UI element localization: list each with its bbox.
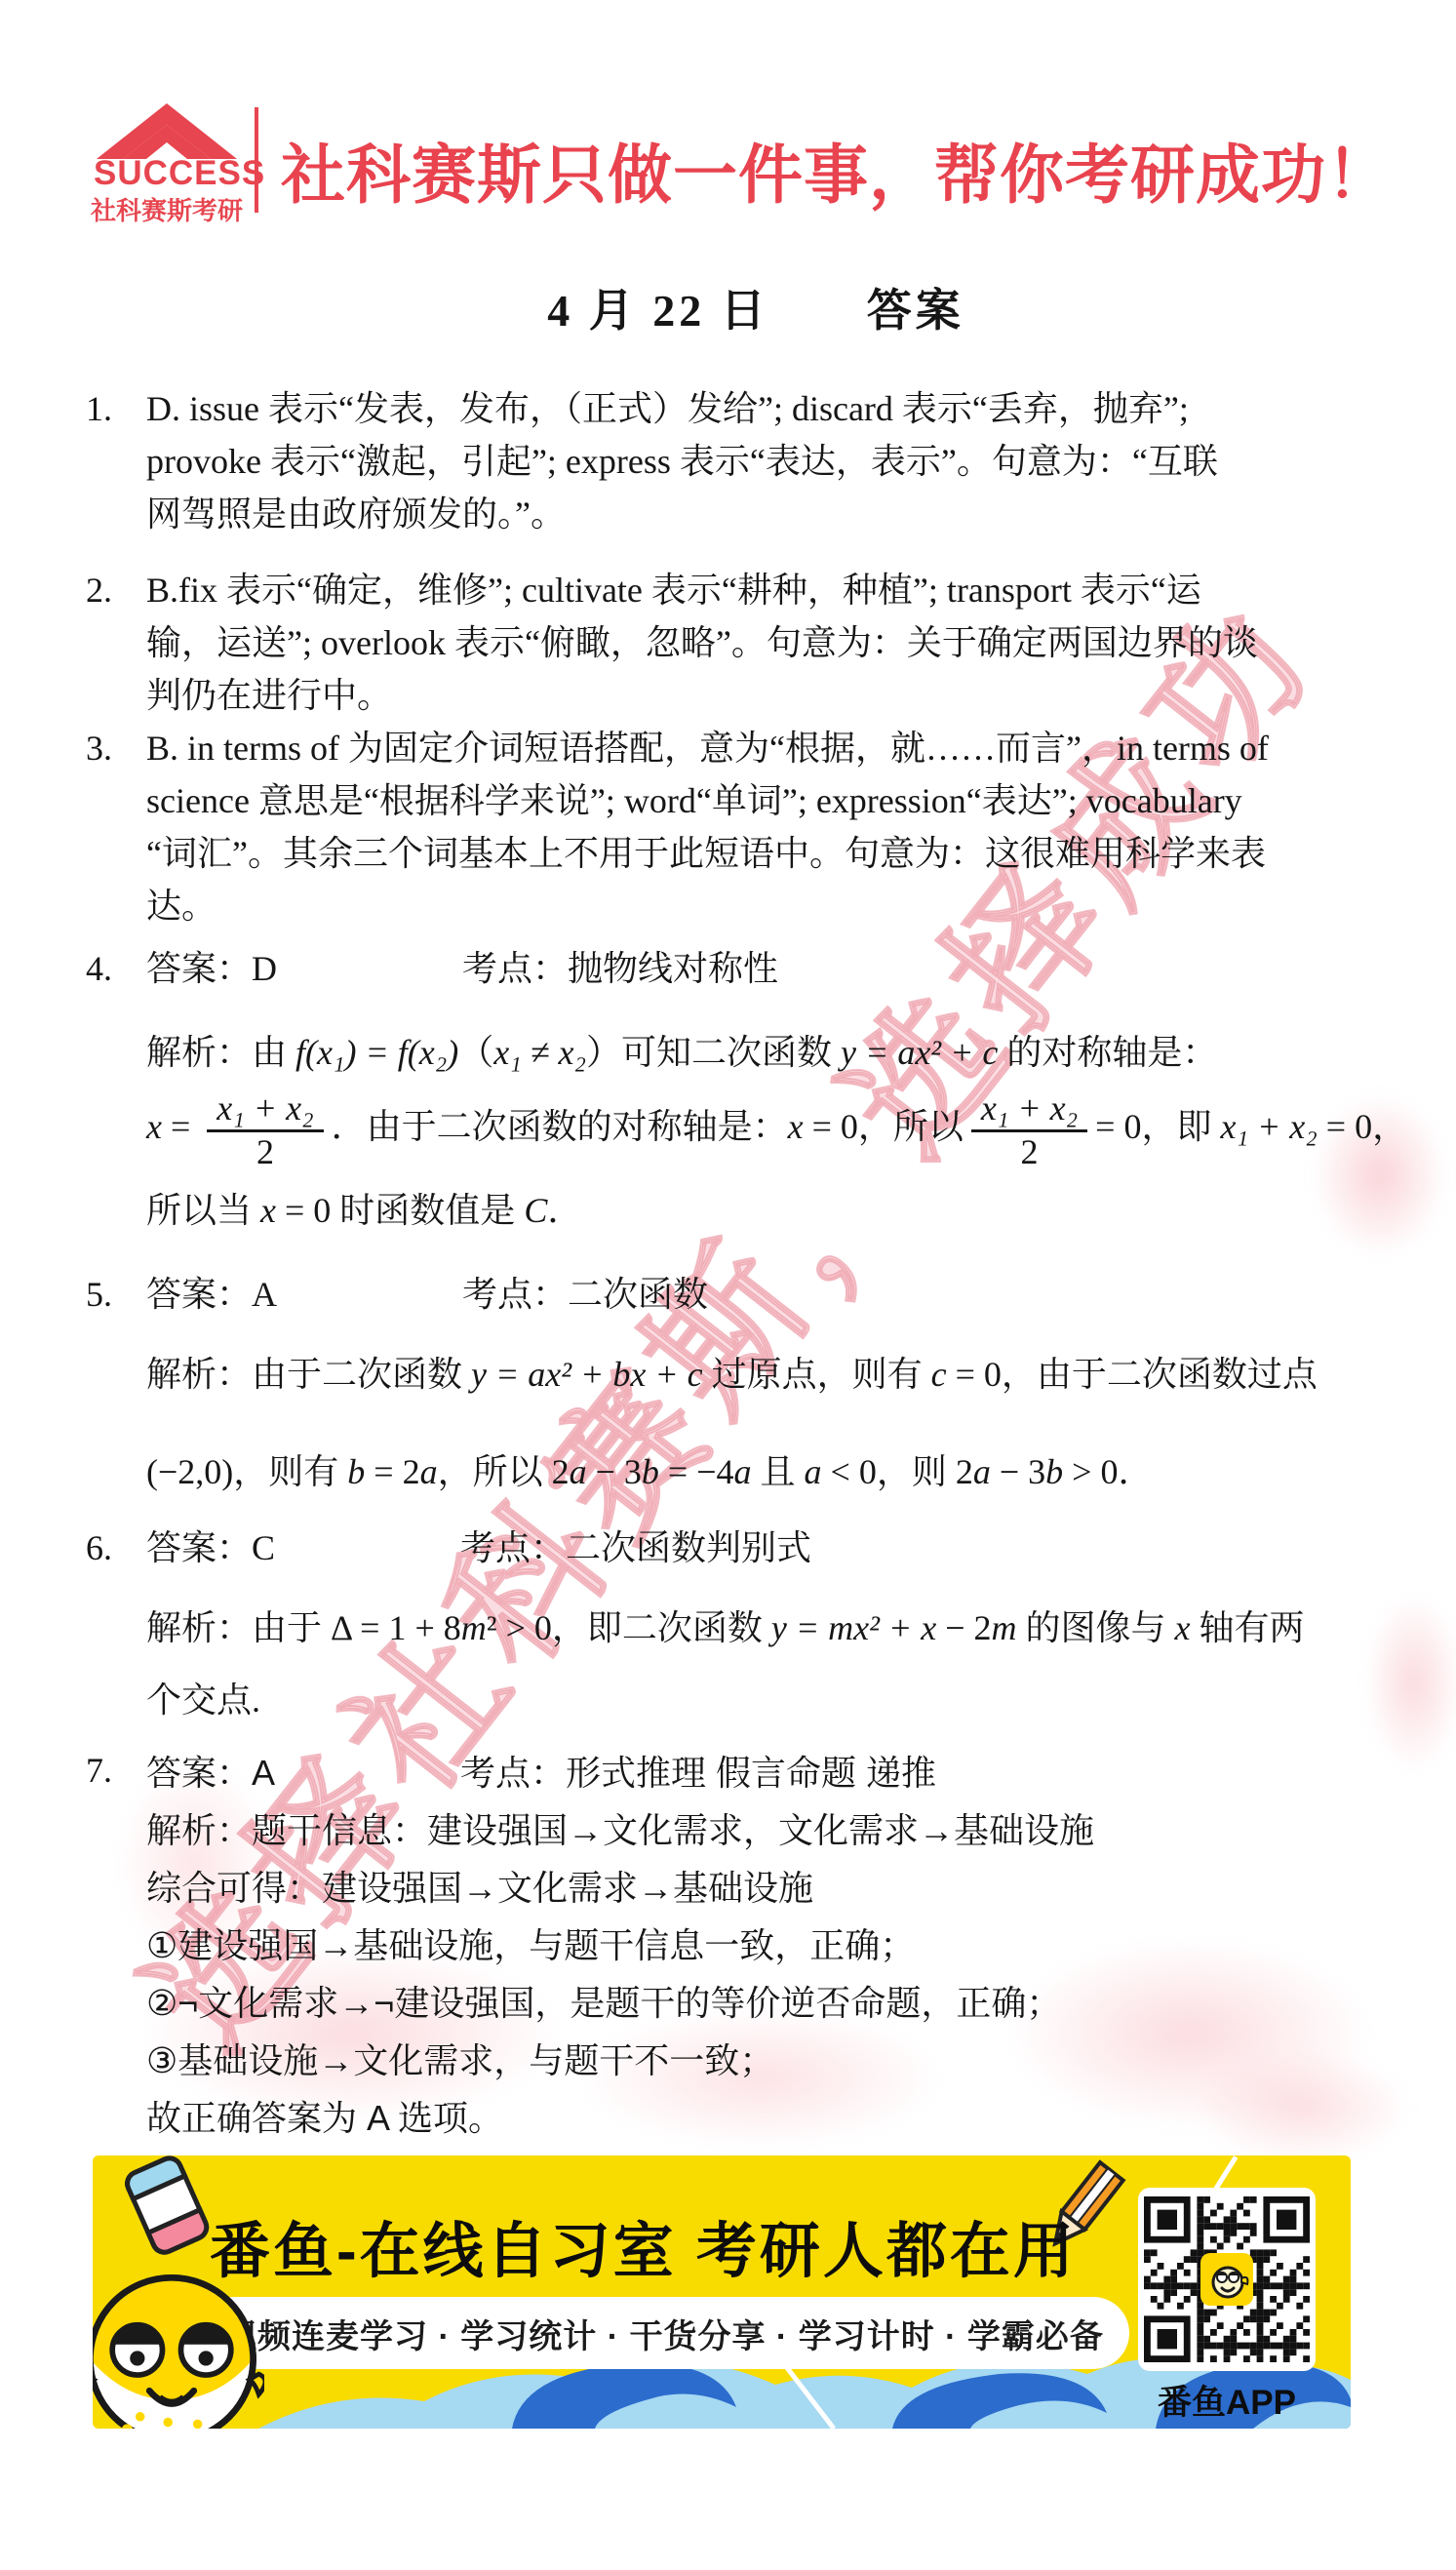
answer-line: 判仍在进行中。	[146, 669, 1365, 722]
answer-line: science 意思是“根据科学来说”; word“单词”; expressio…	[146, 774, 1365, 827]
answer-number: 4.	[86, 942, 112, 995]
answer-line: 达。	[146, 880, 1365, 932]
pufferfish-mascot-icon	[93, 2265, 264, 2429]
feature-pill-text: 视频连麦学习 · 学习统计 · 干货分享 · 学习计时 · 学霸必备	[223, 2310, 1104, 2357]
scanned-answer-page: 选择社科赛斯，选择成功 SUCCESS 社科赛斯考研 社科赛斯只做一件事，帮你考…	[0, 0, 1456, 2570]
answer-lines: 答案：A考点：形式推理 假言命题 递推解析：题干信息：建设强国→文化需求，文化需…	[146, 1744, 1365, 2147]
answer-number: 1.	[86, 382, 112, 435]
answer-line: 解析：由 f(x₁) = f(x₂)（x₁ ≠ x₂）可知二次函数 y = ax…	[146, 1026, 1365, 1079]
answer-lines: B. in terms of 为固定介词短语搭配，意为“根据，就……而言”，in…	[146, 722, 1365, 932]
answer-line: 输，运送”; overlook 表示“俯瞰，忽略”。句意为：关于确定两国边界的谈	[146, 616, 1365, 669]
answer-line: 答案：C考点：二次函数判别式	[146, 1522, 1365, 1574]
answer-line: 答案：A考点：形式推理 假言命题 递推	[146, 1744, 1365, 1801]
answer-line: ②¬文化需求→¬建设强国，是题干的等价逆否命题，正确；	[146, 1974, 1365, 2032]
answer-number: 6.	[86, 1522, 112, 1574]
answer-line: (−2,0)，则有 b = 2a，所以 2a − 3b = −4a 且 a < …	[146, 1445, 1365, 1498]
answer-lines: D. issue 表示“发表，发布，（正式）发给”; discard 表示“丢弃…	[146, 382, 1365, 540]
qr-code	[1138, 2188, 1316, 2371]
answer-line: provoke 表示“激起，引起”; express 表示“表达，表示”。句意为…	[146, 435, 1365, 488]
answer-number: 7.	[86, 1744, 112, 1797]
answer-lines: B.fix 表示“确定，维修”; cultivate 表示“耕种，种植”; tr…	[146, 564, 1365, 722]
promo-banner: 番鱼-在线自习室 考研人都在用 视频连麦学习 · 学习统计 · 干货分享 · 学…	[93, 2155, 1351, 2429]
answer-line: B.fix 表示“确定，维修”; cultivate 表示“耕种，种植”; tr…	[146, 564, 1365, 616]
qr-label: 番鱼APP	[1138, 2376, 1316, 2425]
answer-lines: 答案：D考点：抛物线对称性解析：由 f(x₁) = f(x₂)（x₁ ≠ x₂）…	[146, 942, 1365, 1237]
answer-number: 5.	[86, 1268, 112, 1321]
answer-line: 解析：题干信息：建设强国→文化需求，文化需求→基础设施	[146, 1801, 1365, 1859]
banner-title: 番鱼-在线自习室 考研人都在用	[210, 2202, 1077, 2289]
answer-line: 解析：由于二次函数 y = ax² + bx + c 过原点，则有 c = 0，…	[146, 1348, 1365, 1401]
answer-line: ③基础设施→文化需求，与题干不一致；	[146, 2032, 1365, 2089]
answer-number: 2.	[86, 564, 112, 616]
answer-line: 综合可得：建设强国→文化需求→基础设施	[146, 1859, 1365, 1917]
answer-line: x = x₁ + x₂2．由于二次函数的对称轴是：x = 0，所以x₁ + x₂…	[146, 1088, 1365, 1172]
answer-line: 答案：D考点：抛物线对称性	[146, 942, 1365, 995]
answer-line: D. issue 表示“发表，发布，（正式）发给”; discard 表示“丢弃…	[146, 382, 1365, 435]
answer-line: 故正确答案为 A 选项。	[146, 2089, 1365, 2147]
answer-line: 解析：由于 Δ = 1 + 8m² > 0，即二次函数 y = mx² + x …	[146, 1601, 1365, 1654]
answer-line: 网驾照是由政府颁发的。”。	[146, 488, 1365, 540]
feature-pill: 视频连麦学习 · 学习统计 · 干货分享 · 学习计时 · 学霸必备	[198, 2297, 1129, 2369]
qr-center-icon	[1200, 2253, 1253, 2306]
answer-line: ①建设强国→基础设施，与题干信息一致，正确；	[146, 1917, 1365, 1974]
answer-line: 答案：A考点：二次函数	[146, 1268, 1365, 1321]
answer-line: B. in terms of 为固定介词短语搭配，意为“根据，就……而言”，in…	[146, 722, 1365, 774]
eraser-icon	[117, 2155, 223, 2267]
answer-line: “词汇”。其余三个词基本上不用于此短语中。句意为：这很难用科学来表	[146, 827, 1365, 880]
answer-lines: 答案：C考点：二次函数判别式解析：由于 Δ = 1 + 8m² > 0，即二次函…	[146, 1522, 1365, 1726]
answer-line: 个交点.	[146, 1674, 1365, 1726]
answer-number: 3.	[86, 722, 112, 774]
answer-line: 所以当 x = 0 时函数值是 C．	[146, 1184, 1365, 1237]
answer-lines: 答案：A考点：二次函数解析：由于二次函数 y = ax² + bx + c 过原…	[146, 1268, 1365, 1498]
